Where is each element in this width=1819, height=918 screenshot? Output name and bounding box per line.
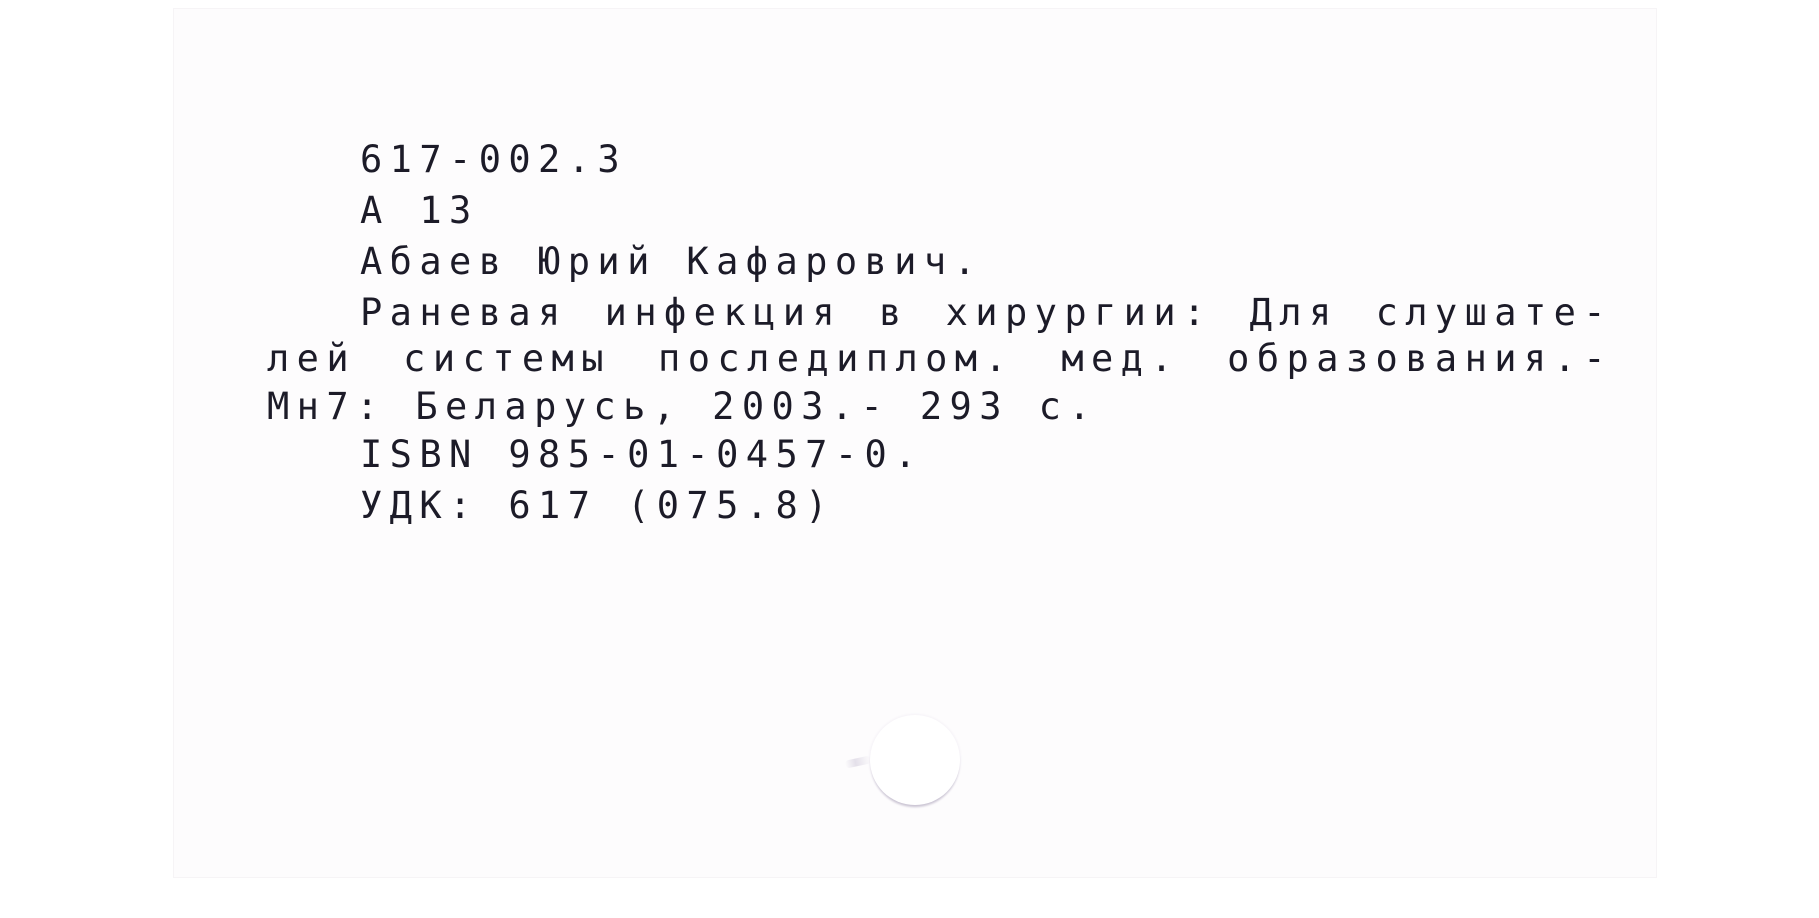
catalog-card: 617-002.3 А 13 Абаев Юрий Кафарович. Ран… — [173, 8, 1657, 878]
punch-hole — [870, 715, 960, 805]
title-word: образования.- — [1227, 333, 1613, 384]
author-mark: А 13 — [360, 185, 479, 236]
title-word: системы — [403, 333, 611, 384]
isbn: ISBN 985-01-0457-0. — [360, 429, 924, 480]
title-word: инфекция — [605, 287, 842, 338]
author-heading: Абаев Юрий Кафарович. — [360, 236, 983, 287]
title-word: слушате- — [1376, 287, 1613, 338]
title-line-1: Раневая инфекция в хирургии: Для слушате… — [360, 287, 1613, 338]
imprint: Мн7: Беларусь, 2003.- 293 с. — [267, 381, 1098, 432]
title-word: Раневая — [360, 287, 568, 338]
title-word: хирургии: — [946, 287, 1213, 338]
title-word: Для — [1250, 287, 1339, 338]
title-word: мед. — [1061, 333, 1180, 384]
title-line-2: лей системы последиплом. мед. образовани… — [267, 333, 1613, 384]
title-word: в — [879, 287, 909, 338]
udc: УДК: 617 (075.8) — [360, 480, 835, 531]
title-word: лей — [267, 333, 356, 384]
shelf-mark: 617-002.3 — [360, 134, 627, 185]
title-word: последиплом. — [658, 333, 1014, 384]
